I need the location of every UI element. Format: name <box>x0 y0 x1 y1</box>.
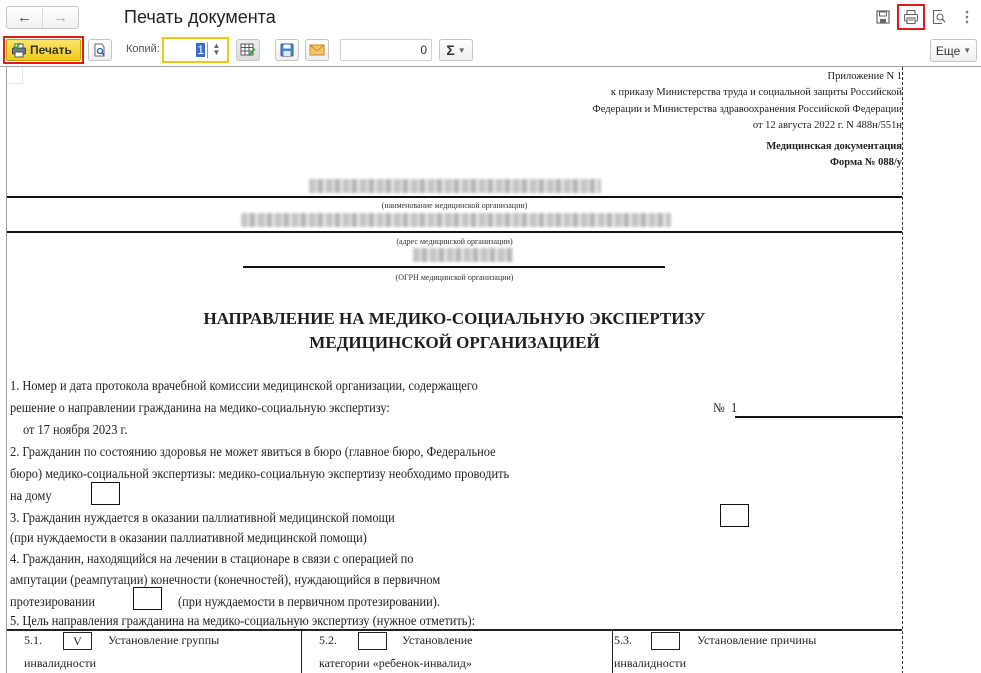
header-line: от 12 августа 2022 г. N 488н/551н <box>592 118 902 134</box>
purpose-cell-5-2: 5.2. Установление категории «ребенок-инв… <box>301 631 612 673</box>
number-sign: № <box>713 400 725 415</box>
caption-ogrn: (ОГРН медицинской организации) <box>7 273 902 282</box>
form-type: Медицинская документация <box>766 139 902 155</box>
toolbar: Печать Копий: 1 ▲▼ 0 Σ▼ Еще▼ <box>0 35 981 65</box>
header-line: Федерации и Министерства здравоохранения… <box>592 102 902 118</box>
purpose-number: 5.1. <box>24 633 42 648</box>
window-actions <box>869 4 981 30</box>
copies-spinner[interactable]: ▲▼ <box>207 42 225 58</box>
more-actions-button[interactable] <box>953 4 981 30</box>
appendix-header: Приложение N 1 к приказу Министерства тр… <box>592 69 902 134</box>
send-email-button[interactable] <box>305 39 329 61</box>
envelope-icon <box>309 44 325 56</box>
item-1-text: решение о направлении гражданина на меди… <box>10 397 390 419</box>
preview-button[interactable] <box>925 4 953 30</box>
save-document-button[interactable] <box>275 39 299 61</box>
viewer-border <box>6 67 7 673</box>
header-line: Приложение N 1 <box>592 69 902 85</box>
page-boundary <box>902 67 903 673</box>
prosthetics-checkbox[interactable] <box>133 587 162 610</box>
item-2-text: на дому <box>10 485 52 507</box>
document-title: НАПРАВЛЕНИЕ НА МЕДИКО-СОЦИАЛЬНУЮ ЭКСПЕРТ… <box>7 307 902 331</box>
edit-table-button[interactable] <box>236 39 260 61</box>
protocol-number: № 1 <box>713 397 737 419</box>
palliative-checkbox[interactable] <box>720 504 749 527</box>
purpose-text: категории «ребенок-инвалид» <box>319 656 472 671</box>
printer-check-icon <box>11 42 27 58</box>
protocol-date: от 17 ноября 2023 г. <box>23 419 127 441</box>
chevron-down-icon: ▼ <box>963 46 971 55</box>
print-button-label: Печать <box>30 43 72 57</box>
print-button[interactable]: Печать <box>3 36 84 64</box>
document-search-icon <box>93 43 107 57</box>
item-4-text: ампутации (реампутации) конечности (коне… <box>10 569 440 591</box>
copies-input[interactable]: 1 ▲▼ <box>162 37 229 63</box>
navigation-group: ← → <box>6 6 79 29</box>
home-exam-checkbox[interactable] <box>91 482 120 505</box>
arrow-right-icon: → <box>53 9 68 26</box>
header-line: к приказу Министерства труда и социально… <box>592 85 902 101</box>
rule <box>243 266 665 268</box>
ogrn-redacted <box>413 248 513 262</box>
purpose-number: 5.2. <box>319 633 337 648</box>
preview-document-button[interactable] <box>88 39 112 61</box>
arrow-left-icon: ← <box>17 9 32 26</box>
purpose-text: Установление причины <box>697 633 816 648</box>
back-button[interactable]: ← <box>7 7 42 28</box>
item-2-text: бюро) медико-социальной экспертизы: меди… <box>10 463 509 485</box>
sheet-corner <box>7 67 23 84</box>
item-4-text: 4. Гражданин, находящийся на лечении в с… <box>10 548 414 570</box>
form-number: Форма № 088/у <box>766 155 902 171</box>
chevron-down-icon: ▼ <box>458 46 466 55</box>
rule <box>735 416 902 418</box>
purpose-text: инвалидности <box>614 656 686 671</box>
purpose-text: Установление <box>402 633 473 648</box>
purpose-text: инвалидности <box>24 656 96 671</box>
purpose-number: 5.3. <box>614 633 632 648</box>
document-viewer[interactable]: Приложение N 1 к приказу Министерства тр… <box>0 66 981 673</box>
item-1-text: 1. Номер и дата протокола врачебной коми… <box>10 375 478 397</box>
print-icon-button[interactable] <box>897 4 925 30</box>
save-icon <box>876 10 890 24</box>
caption-organization-address: (адрес медицинской организации) <box>7 237 902 246</box>
more-button[interactable]: Еще▼ <box>930 39 977 62</box>
sum-field[interactable]: 0 <box>340 39 432 61</box>
purpose-table: 5.1. V Установление группы инвалидности … <box>7 629 902 673</box>
purpose-checkbox[interactable] <box>651 632 680 650</box>
item-2-text: 2. Гражданин по состоянию здоровья не мо… <box>10 441 496 463</box>
copies-value: 1 <box>196 43 205 57</box>
sum-dropdown-button[interactable]: Σ▼ <box>439 39 473 61</box>
print-icon <box>903 9 919 25</box>
item-3-text: 3. Гражданин нуждается в оказании паллиа… <box>10 507 395 529</box>
organization-address-redacted <box>241 213 671 227</box>
purpose-checkbox[interactable] <box>358 632 387 650</box>
rule <box>7 196 902 198</box>
window-title: Печать документа <box>124 7 276 28</box>
purpose-checkbox[interactable]: V <box>63 632 92 650</box>
sigma-icon: Σ <box>446 42 454 58</box>
organization-name-redacted <box>309 179 601 193</box>
more-vertical-icon <box>964 10 970 24</box>
more-button-label: Еще <box>936 44 960 58</box>
document-title-line2: МЕДИЦИНСКОЙ ОРГАНИЗАЦИЕЙ <box>7 331 902 355</box>
floppy-icon <box>280 43 294 57</box>
item-3-text: (при нуждаемости в оказании паллиативной… <box>10 527 367 549</box>
title-bar: ← → Печать документа <box>0 0 981 34</box>
purpose-text: Установление группы <box>108 633 219 648</box>
forward-button[interactable]: → <box>42 7 78 28</box>
protocol-number-value: 1 <box>731 400 737 415</box>
caption-organization-name: (наименование медицинской организации) <box>7 201 902 210</box>
save-button[interactable] <box>869 4 897 30</box>
purpose-cell-5-3: 5.3. Установление причины инвалидности <box>612 631 902 673</box>
rule <box>7 231 902 233</box>
copies-label: Копий: <box>126 43 160 55</box>
table-edit-icon <box>240 43 256 57</box>
form-label: Медицинская документация Форма № 088/у <box>766 139 902 172</box>
preview-icon <box>931 9 947 25</box>
purpose-cell-5-1: 5.1. V Установление группы инвалидности <box>7 631 301 673</box>
